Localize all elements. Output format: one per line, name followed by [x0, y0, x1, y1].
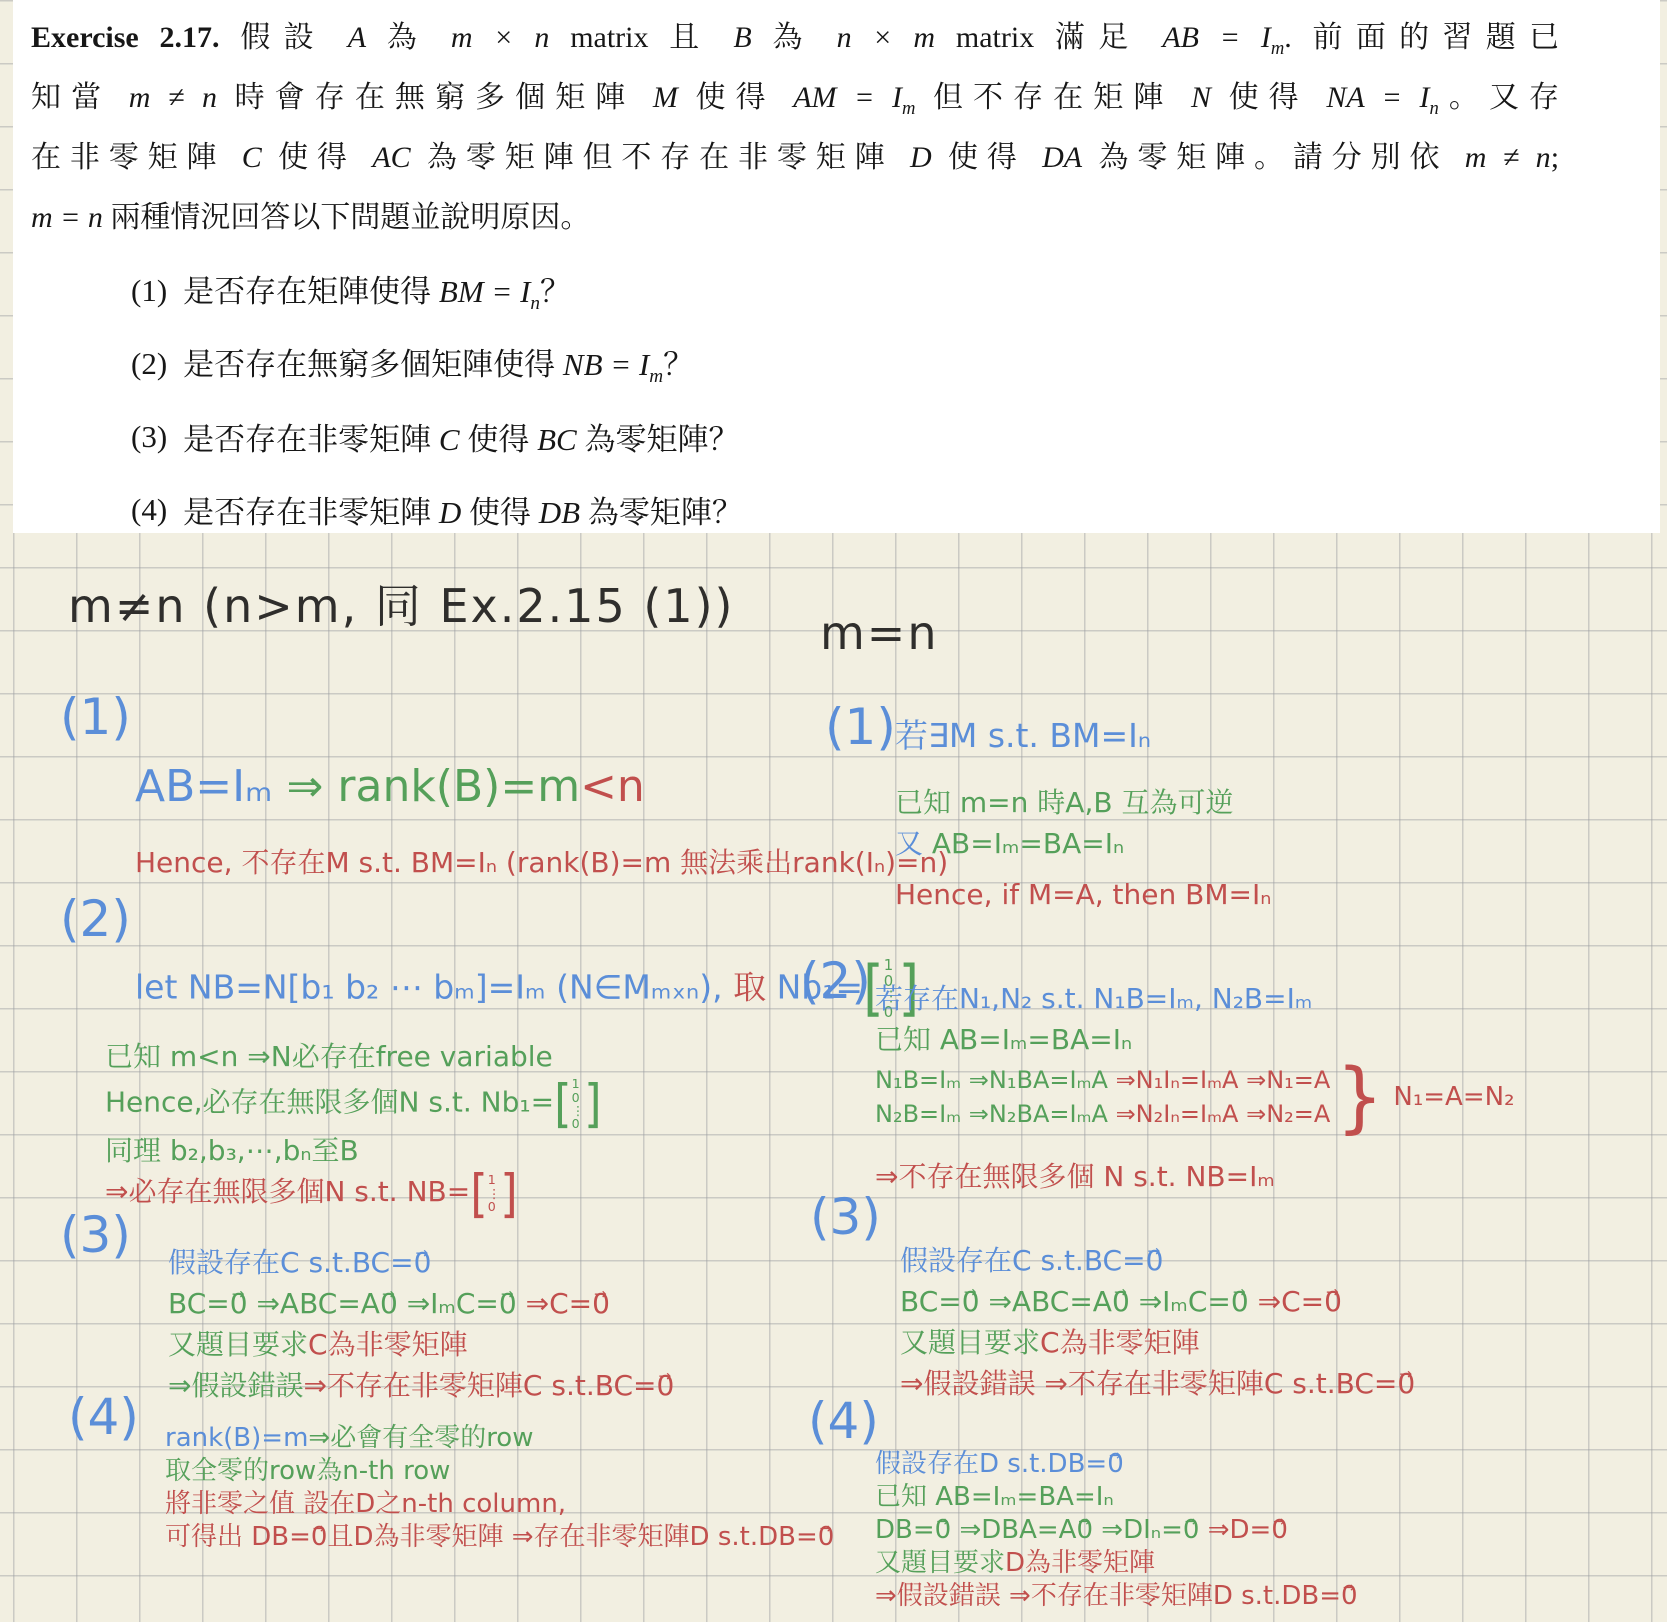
note-line: rank(B)=m⇒必會有全零的row: [165, 1422, 834, 1455]
zero-vector: 0: [1107, 1448, 1124, 1481]
right-case-header: m=n: [820, 606, 939, 660]
note-line: AB=Iₘ ⇒ rank(B)=m<n: [135, 750, 948, 824]
zero-vector: 0: [311, 1521, 328, 1554]
note-segment: 已知 AB=Iₘ=BA=Iₙ: [875, 1023, 1132, 1056]
zero-vector: 0: [818, 1521, 835, 1554]
note-segment: BC=0 ⇒ABC=A0 ⇒IₘC=0: [900, 1285, 1249, 1318]
note-line: 假設存在D s.t.DB=0: [875, 1448, 1358, 1481]
note-segment: 假設存在D s.t.DB=0: [875, 1449, 1124, 1479]
note-line: 可得出 DB=0且D為非零矩陣 ⇒存在非零矩陣D s.t.DB=0: [165, 1521, 834, 1554]
left-case-header: m≠n (n>m, 同 Ex.2.15 (1)): [68, 570, 735, 636]
note-segment: 取全零的row為n-th row: [165, 1456, 450, 1486]
zero-vector: 0: [1397, 1363, 1415, 1404]
item-text: 是否存在非零矩陣 D 使得 DB 為零矩陣？: [183, 487, 743, 532]
exercise-label: Exercise 2.17.: [31, 21, 220, 54]
zero-vector: 0: [230, 1283, 248, 1324]
section-number: (2): [800, 952, 871, 1010]
item-number: (3): [131, 419, 167, 455]
section-number: (4): [68, 1388, 139, 1446]
note-segment: ⇒假設錯誤 ⇒不存在非零矩陣D s.t.DB=0: [875, 1581, 1358, 1611]
page: { "colors":{"blue":"#5b8ed8","green":"#5…: [0, 0, 1667, 1622]
note-line: 又題目要求C為非零矩陣: [900, 1322, 1415, 1363]
section-body: AB=Iₘ ⇒ rank(B)=m<nHence, 不存在M s.t. BM=I…: [135, 750, 948, 883]
note-segment: DB=0 ⇒DBA=A0 ⇒DIₙ=0: [875, 1515, 1199, 1545]
note-segment: ⇒N₁Iₙ=IₘA ⇒N₁=A: [1108, 1066, 1330, 1094]
note-segment: ⇒假設錯誤: [168, 1369, 303, 1402]
section-number: (2): [60, 890, 131, 948]
exercise-document: Exercise 2.17. 假設 A 為 m × n matrix 且 B 為…: [13, 0, 1660, 533]
section-body: 若∃M s.t. BM=Iₙ已知 m=n 時A,B 互為可逆又 AB=Iₘ=BA…: [895, 708, 1271, 915]
note-line: ⇒假設錯誤 ⇒不存在非零矩陣C s.t.BC=0: [900, 1363, 1415, 1404]
note-segment: 可得出 DB=0且D為非零矩陣 ⇒存在非零矩陣D s.t.DB=0: [165, 1522, 834, 1552]
exercise-text-line: m = n 兩種情況回答以下問題並說明原因。: [31, 188, 1559, 248]
zero-vector: 0: [935, 1514, 952, 1547]
note-line: 已知 m=n 時A,B 互為可逆: [895, 782, 1271, 823]
zero-vector: 0: [1271, 1514, 1288, 1547]
note-segment: 已知 m=n 時A,B 互為可逆: [895, 786, 1233, 819]
section-body: 假設存在D s.t.DB=0已知 AB=Iₘ=BA=IₙDB=0 ⇒DBA=A0…: [875, 1448, 1358, 1613]
section-body: rank(B)=m⇒必會有全零的row取全零的row為n-th row將非零之值…: [165, 1422, 834, 1554]
item-number: (4): [131, 492, 167, 528]
exercise-text-line: 知當 m ≠ n 時會存在無窮多個矩陣 M 使得 AM = Im 但不存在矩陣 …: [31, 68, 1559, 128]
note-segment: Hence, if M=A, then BM=Iₙ: [895, 878, 1271, 911]
brace-group: N₁B=Iₘ ⇒N₁BA=IₘA ⇒N₁Iₙ=IₘA ⇒N₁=AN₂B=Iₘ ⇒…: [875, 1060, 1515, 1134]
section-body: 假設存在C s.t.BC=0BC=0 ⇒ABC=A0 ⇒IₘC=0 ⇒C=0又題…: [900, 1240, 1415, 1404]
exercise-item: (3)是否存在非零矩陣 C 使得 BC 為零矩陣？: [131, 400, 1660, 473]
note-segment: C為非零矩陣: [1040, 1326, 1200, 1359]
section-number: (4): [808, 1392, 879, 1450]
note-segment: 又題目要求: [875, 1548, 1005, 1578]
note-segment: 取: [733, 968, 777, 1007]
note-segment: 若存在N₁,N₂ s.t. N₁B=Iₘ, N₂B=Iₘ: [875, 982, 1312, 1015]
note-line: ⇒假設錯誤 ⇒不存在非零矩陣D s.t.DB=0: [875, 1580, 1358, 1613]
note-segment: AB=Iₘ: [135, 761, 287, 812]
column-vector: [1⋮0]: [470, 1173, 518, 1214]
section-body: let NB=N[b₁ b₂ ⋯ bₘ]=Iₘ (N∈Mₘₓₙ), 取 Nb₁=…: [105, 958, 919, 1214]
zero-vector: 0: [1183, 1514, 1200, 1547]
note-line: 若∃M s.t. BM=Iₙ: [895, 708, 1271, 764]
note-segment: ⇒D=0: [1199, 1515, 1287, 1545]
note-segment: 又: [895, 827, 932, 860]
exercise-item: (1)是否存在矩陣使得 BM = In？: [131, 254, 1660, 327]
section-number: (3): [810, 1188, 881, 1246]
zero-vector: 0: [592, 1283, 610, 1324]
note-segment: Hence, 不存在M s.t. BM=Iₙ (rank(B)=m 無法乘出ra…: [135, 846, 948, 879]
zero-vector: 0: [1146, 1240, 1164, 1281]
exercise-item: (2)是否存在無窮多個矩陣使得 NB = Im？: [131, 327, 1660, 400]
note-segment: 已知 m<n ⇒N必存在free variable: [105, 1040, 553, 1073]
section-body: 假設存在C s.t.BC=0BC=0 ⇒ABC=A0 ⇒IₘC=0 ⇒C=0又題…: [168, 1242, 674, 1406]
brace-label: N₁=A=N₂: [1393, 1082, 1514, 1112]
note-line: 若存在N₁,N₂ s.t. N₁B=Iₘ, N₂B=Iₘ: [875, 978, 1515, 1019]
note-line: 取全零的row為n-th row: [165, 1455, 834, 1488]
zero-vector: 0: [380, 1283, 398, 1324]
item-number: (2): [131, 346, 167, 382]
exercise-item: (4)是否存在非零矩陣 D 使得 DB 為零矩陣？: [131, 473, 1660, 546]
note-segment: 又題目要求: [900, 1326, 1040, 1359]
note-segment: 又題目要求: [168, 1328, 308, 1361]
note-segment: ⇒不存在非零矩陣C s.t.BC=0: [303, 1369, 674, 1402]
note-segment: 將非零之值 設在D之n-th column,: [165, 1489, 566, 1519]
note-segment: AB=Iₘ=BA=Iₙ: [932, 827, 1124, 860]
note-line: BC=0 ⇒ABC=A0 ⇒IₘC=0 ⇒C=0: [900, 1281, 1415, 1322]
note-segment: ⇒C=0: [517, 1287, 610, 1320]
note-line: N₁B=Iₘ ⇒N₁BA=IₘA ⇒N₁Iₙ=IₘA ⇒N₁=A: [875, 1063, 1330, 1097]
note-line: Hence,必存在無限多個N s.t. Nb₁=[10⋮0]: [105, 1077, 919, 1130]
note-line: N₂B=Iₘ ⇒N₂BA=IₘA ⇒N₂Iₙ=IₘA ⇒N₂=A: [875, 1097, 1330, 1131]
zero-vector: 0: [1112, 1281, 1130, 1322]
zero-vector: 0: [499, 1283, 517, 1324]
exercise-text-line: Exercise 2.17. 假設 A 為 m × n matrix 且 B 為…: [31, 8, 1559, 68]
brace: }: [1336, 1058, 1383, 1136]
section-number: (1): [60, 688, 131, 746]
section-body: 若存在N₁,N₂ s.t. N₁B=Iₘ, N₂B=Iₘ已知 AB=Iₘ=BA=…: [875, 978, 1515, 1197]
note-segment: Hence,必存在無限多個N s.t. Nb₁=: [105, 1086, 554, 1119]
note-segment: 同理 b₂,b₃,⋯,bₙ至B: [105, 1134, 359, 1167]
note-segment: ⇒C=0: [1249, 1285, 1342, 1318]
exercise-paragraph: Exercise 2.17. 假設 A 為 m × n matrix 且 B 為…: [13, 8, 1660, 248]
zero-vector: 0: [1076, 1514, 1093, 1547]
column-vector: [10⋮0]: [554, 1077, 602, 1130]
zero-vector: 0: [656, 1365, 674, 1406]
zero-vector: 0: [1231, 1281, 1249, 1322]
item-number: (1): [131, 273, 167, 309]
note-line: ⇒假設錯誤⇒不存在非零矩陣C s.t.BC=0: [168, 1365, 674, 1406]
item-text: 是否存在無窮多個矩陣使得 NB = Im？: [183, 339, 694, 388]
note-line: 又題目要求D為非零矩陣: [875, 1547, 1358, 1580]
section-number: (3): [60, 1206, 131, 1264]
note-segment: ⇒必存在無限多個N s.t. NB=: [105, 1175, 470, 1208]
note-line: Hence, 不存在M s.t. BM=Iₙ (rank(B)=m 無法乘出ra…: [135, 842, 948, 883]
zero-vector: 0: [1324, 1281, 1342, 1322]
note-segment: D為非零矩陣: [1005, 1548, 1155, 1578]
note-line: 已知 AB=Iₘ=BA=Iₙ: [875, 1019, 1515, 1060]
note-segment: <n: [580, 761, 645, 812]
note-segment: 若∃M s.t. BM=Iₙ: [895, 716, 1151, 755]
item-text: 是否存在非零矩陣 C 使得 BC 為零矩陣？: [183, 414, 739, 459]
note-segment: ⇒N₂Iₙ=IₘA ⇒N₂=A: [1108, 1100, 1330, 1128]
note-segment: C為非零矩陣: [308, 1328, 468, 1361]
note-segment: let NB=N[b₁ b₂ ⋯ bₘ]=Iₘ (N∈Mₘₓₙ),: [135, 968, 733, 1007]
note-line: 又題目要求C為非零矩陣: [168, 1324, 674, 1365]
note-segment: ⇒不存在無限多個 N s.t. NB=Iₘ: [875, 1160, 1275, 1193]
note-segment: N₂B=Iₘ ⇒N₂BA=IₘA: [875, 1100, 1108, 1128]
note-segment: ⇒必會有全零的row: [308, 1423, 533, 1453]
note-line: 又 AB=Iₘ=BA=Iₙ: [895, 823, 1271, 864]
section-number: (1): [825, 698, 896, 756]
item-text: 是否存在矩陣使得 BM = In？: [183, 266, 571, 315]
note-segment: N₁B=Iₘ ⇒N₁BA=IₘA: [875, 1066, 1108, 1094]
exercise-text-line: 在非零矩陣 C 使得 AC 為零矩陣但不存在非零矩陣 D 使得 DA 為零矩陣。…: [31, 128, 1559, 188]
zero-vector: 0: [414, 1242, 432, 1283]
note-line: BC=0 ⇒ABC=A0 ⇒IₘC=0 ⇒C=0: [168, 1283, 674, 1324]
note-segment: rank(B)=m: [165, 1423, 308, 1453]
note-line: Hence, if M=A, then BM=Iₙ: [895, 874, 1271, 915]
note-segment: ⇒假設錯誤 ⇒不存在非零矩陣C s.t.BC=0: [900, 1367, 1415, 1400]
note-segment: ⇒ rank(B)=m: [287, 761, 581, 812]
zero-vector: 0: [1341, 1580, 1358, 1613]
note-line: 將非零之值 設在D之n-th column,: [165, 1488, 834, 1521]
note-line: ⇒不存在無限多個 N s.t. NB=Iₘ: [875, 1156, 1515, 1197]
note-line: 已知 m<n ⇒N必存在free variable: [105, 1036, 919, 1077]
note-line: ⇒必存在無限多個N s.t. NB=[1⋮0]: [105, 1171, 919, 1214]
note-line: DB=0 ⇒DBA=A0 ⇒DIₙ=0 ⇒D=0: [875, 1514, 1358, 1547]
zero-vector: 0: [962, 1281, 980, 1322]
exercise-items: (1)是否存在矩陣使得 BM = In？(2)是否存在無窮多個矩陣使得 NB =…: [13, 254, 1660, 546]
note-segment: BC=0 ⇒ABC=A0 ⇒IₘC=0: [168, 1287, 517, 1320]
